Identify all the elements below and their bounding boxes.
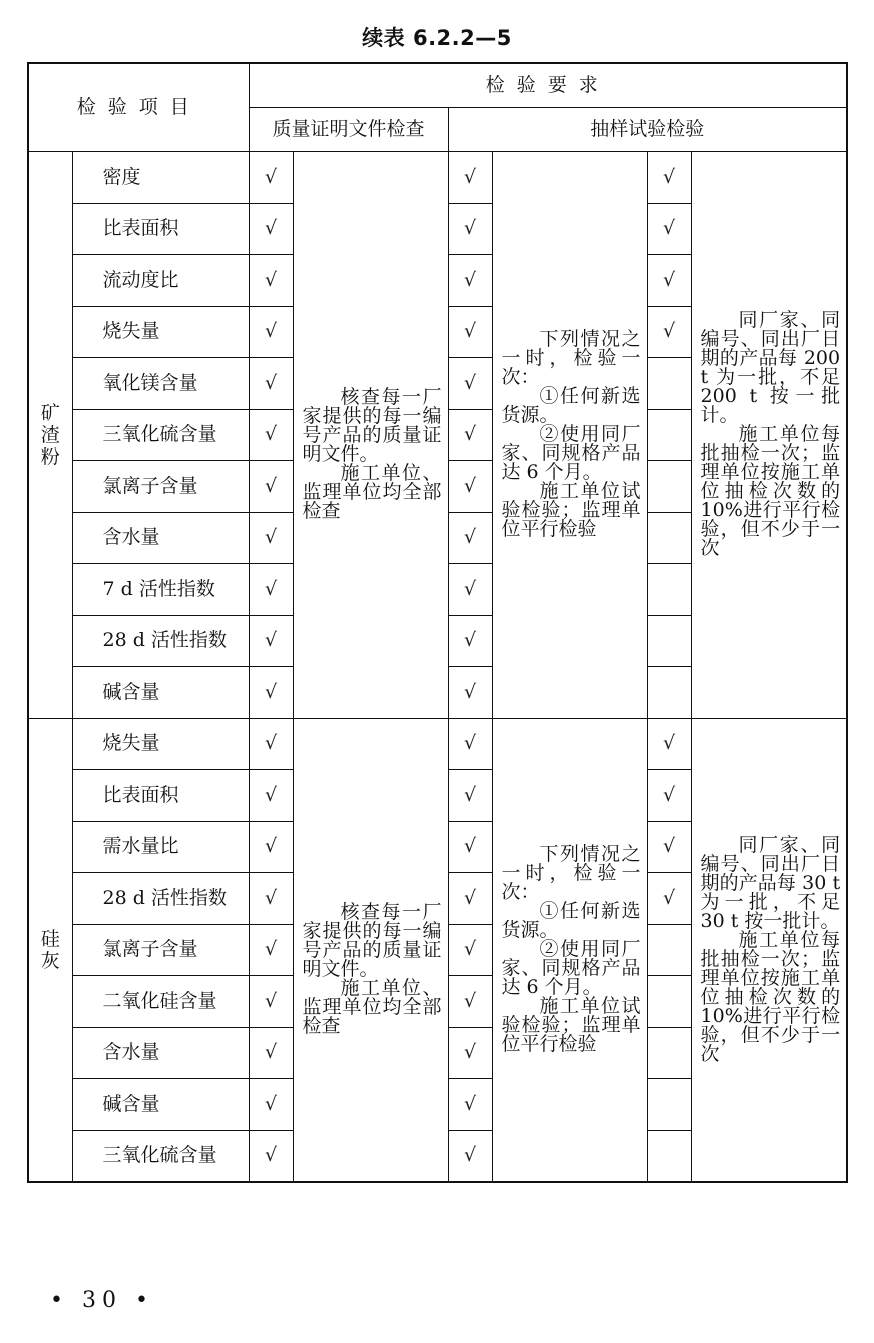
header-requirements: 检验要求	[249, 63, 847, 108]
empty-check-cell	[647, 615, 691, 667]
header-inspection-item: 检验项目	[28, 63, 249, 152]
check-mark-icon: √	[249, 924, 293, 976]
paragraph: ①任何新选货源。	[502, 902, 641, 940]
item-name: 烧失量	[72, 306, 249, 358]
check-mark-icon: √	[448, 564, 492, 616]
check-mark-icon: √	[647, 770, 691, 822]
check-mark-icon: √	[249, 409, 293, 461]
check-mark-icon: √	[249, 873, 293, 925]
item-name: 28 d 活性指数	[72, 873, 249, 925]
check-mark-icon: √	[249, 255, 293, 307]
item-name: 三氧化硫含量	[72, 409, 249, 461]
check-mark-icon: √	[448, 1027, 492, 1079]
check-mark-icon: √	[249, 512, 293, 564]
paragraph: 下列情况之一时，检验一次：	[502, 330, 641, 387]
check-mark-icon: √	[448, 976, 492, 1028]
check-mark-icon: √	[249, 461, 293, 513]
item-name: 含水量	[72, 1027, 249, 1079]
check-mark-icon: √	[249, 1079, 293, 1131]
paragraph: 施工单位试验检验；监理单位平行检验	[502, 482, 641, 539]
category-cell: 硅灰	[28, 718, 72, 1182]
check-mark-icon: √	[647, 152, 691, 204]
item-name: 7 d 活性指数	[72, 564, 249, 616]
doc-text-cell: 核查每一厂家提供的每一编号产品的质量证明文件。施工单位、监理单位均全部检查	[293, 152, 448, 719]
empty-check-cell	[647, 1130, 691, 1182]
check-mark-icon: √	[448, 512, 492, 564]
check-mark-icon: √	[647, 873, 691, 925]
paragraph: 同厂家、同编号、同出厂日期的产品每 30 t 为一批，不足 30 t 按一批计。	[701, 836, 841, 931]
empty-check-cell	[647, 358, 691, 410]
header-document-check: 质量证明文件检查	[249, 108, 448, 152]
batch-text-cell: 同厂家、同编号、同出厂日期的产品每 200 t 为一批，不足 200 t 按一批…	[691, 152, 847, 719]
item-name: 三氧化硫含量	[72, 1130, 249, 1182]
check-mark-icon: √	[448, 718, 492, 770]
paragraph: 施工单位、监理单位均全部检查	[303, 979, 442, 1036]
check-mark-icon: √	[448, 1079, 492, 1131]
sampling-text-cell: 下列情况之一时，检验一次：①任何新选货源。②使用同厂家、同规格产品达 6 个月。…	[492, 152, 647, 719]
check-mark-icon: √	[249, 718, 293, 770]
category-cell: 矿渣粉	[28, 152, 72, 719]
paragraph: ①任何新选货源。	[502, 387, 641, 425]
check-mark-icon: √	[249, 770, 293, 822]
check-mark-icon: √	[249, 1130, 293, 1182]
table-row: 矿渣粉密度√核查每一厂家提供的每一编号产品的质量证明文件。施工单位、监理单位均全…	[28, 152, 847, 204]
check-mark-icon: √	[448, 358, 492, 410]
paragraph: 施工单位试验检验；监理单位平行检验	[502, 997, 641, 1054]
item-name: 密度	[72, 152, 249, 204]
empty-check-cell	[647, 667, 691, 719]
paragraph: 施工单位每批抽检一次；监理单位按施工单位抽检次数的 10%进行平行检验，但不少于…	[701, 425, 841, 558]
page-number: • 30 •	[50, 1288, 154, 1313]
check-mark-icon: √	[647, 821, 691, 873]
paragraph: 施工单位每批抽检一次；监理单位按施工单位抽检次数的 10%进行平行检验，但不少于…	[701, 931, 841, 1064]
check-mark-icon: √	[249, 976, 293, 1028]
check-mark-icon: √	[448, 873, 492, 925]
item-name: 需水量比	[72, 821, 249, 873]
paragraph: 核查每一厂家提供的每一编号产品的质量证明文件。	[303, 388, 442, 464]
check-mark-icon: √	[249, 306, 293, 358]
empty-check-cell	[647, 1079, 691, 1131]
check-mark-icon: √	[448, 306, 492, 358]
header-sampling-test: 抽样试验检验	[448, 108, 847, 152]
paragraph: ②使用同厂家、同规格产品达 6 个月。	[502, 425, 641, 482]
check-mark-icon: √	[448, 461, 492, 513]
check-mark-icon: √	[448, 1130, 492, 1182]
check-mark-icon: √	[448, 409, 492, 461]
check-mark-icon: √	[249, 667, 293, 719]
paragraph: 施工单位、监理单位均全部检查	[303, 464, 442, 521]
paragraph: 同厂家、同编号、同出厂日期的产品每 200 t 为一批，不足 200 t 按一批…	[701, 311, 841, 425]
empty-check-cell	[647, 512, 691, 564]
table-row: 硅灰烧失量√核查每一厂家提供的每一编号产品的质量证明文件。施工单位、监理单位均全…	[28, 718, 847, 770]
item-name: 烧失量	[72, 718, 249, 770]
empty-check-cell	[647, 564, 691, 616]
check-mark-icon: √	[448, 770, 492, 822]
item-name: 28 d 活性指数	[72, 615, 249, 667]
check-mark-icon: √	[249, 358, 293, 410]
check-mark-icon: √	[448, 255, 492, 307]
empty-check-cell	[647, 1027, 691, 1079]
empty-check-cell	[647, 461, 691, 513]
item-name: 氯离子含量	[72, 461, 249, 513]
check-mark-icon: √	[448, 924, 492, 976]
check-mark-icon: √	[249, 152, 293, 204]
paragraph: 核查每一厂家提供的每一编号产品的质量证明文件。	[303, 903, 442, 979]
check-mark-icon: √	[647, 306, 691, 358]
check-mark-icon: √	[448, 667, 492, 719]
item-name: 氯离子含量	[72, 924, 249, 976]
table-title: 续表 6.2.2—5	[0, 22, 874, 52]
item-name: 含水量	[72, 512, 249, 564]
check-mark-icon: √	[448, 821, 492, 873]
empty-check-cell	[647, 976, 691, 1028]
category-label: 矿渣粉	[40, 402, 60, 468]
table-body: 矿渣粉密度√核查每一厂家提供的每一编号产品的质量证明文件。施工单位、监理单位均全…	[28, 152, 847, 1183]
check-mark-icon: √	[647, 255, 691, 307]
check-mark-icon: √	[448, 615, 492, 667]
item-name: 碱含量	[72, 1079, 249, 1131]
item-name: 碱含量	[72, 667, 249, 719]
empty-check-cell	[647, 924, 691, 976]
sampling-text-cell: 下列情况之一时，检验一次：①任何新选货源。②使用同厂家、同规格产品达 6 个月。…	[492, 718, 647, 1182]
inspection-table: 检验项目 检验要求 质量证明文件检查 抽样试验检验 矿渣粉密度√核查每一厂家提供…	[27, 62, 848, 1183]
category-label: 硅灰	[40, 928, 60, 972]
item-name: 比表面积	[72, 203, 249, 255]
paragraph: 下列情况之一时，检验一次：	[502, 845, 641, 902]
check-mark-icon: √	[448, 152, 492, 204]
batch-text-cell: 同厂家、同编号、同出厂日期的产品每 30 t 为一批，不足 30 t 按一批计。…	[691, 718, 847, 1182]
item-name: 流动度比	[72, 255, 249, 307]
item-name: 氧化镁含量	[72, 358, 249, 410]
check-mark-icon: √	[448, 203, 492, 255]
check-mark-icon: √	[647, 203, 691, 255]
paragraph: ②使用同厂家、同规格产品达 6 个月。	[502, 940, 641, 997]
check-mark-icon: √	[647, 718, 691, 770]
check-mark-icon: √	[249, 1027, 293, 1079]
check-mark-icon: √	[249, 564, 293, 616]
empty-check-cell	[647, 409, 691, 461]
item-name: 比表面积	[72, 770, 249, 822]
item-name: 二氧化硅含量	[72, 976, 249, 1028]
check-mark-icon: √	[249, 821, 293, 873]
doc-text-cell: 核查每一厂家提供的每一编号产品的质量证明文件。施工单位、监理单位均全部检查	[293, 718, 448, 1182]
check-mark-icon: √	[249, 615, 293, 667]
check-mark-icon: √	[249, 203, 293, 255]
